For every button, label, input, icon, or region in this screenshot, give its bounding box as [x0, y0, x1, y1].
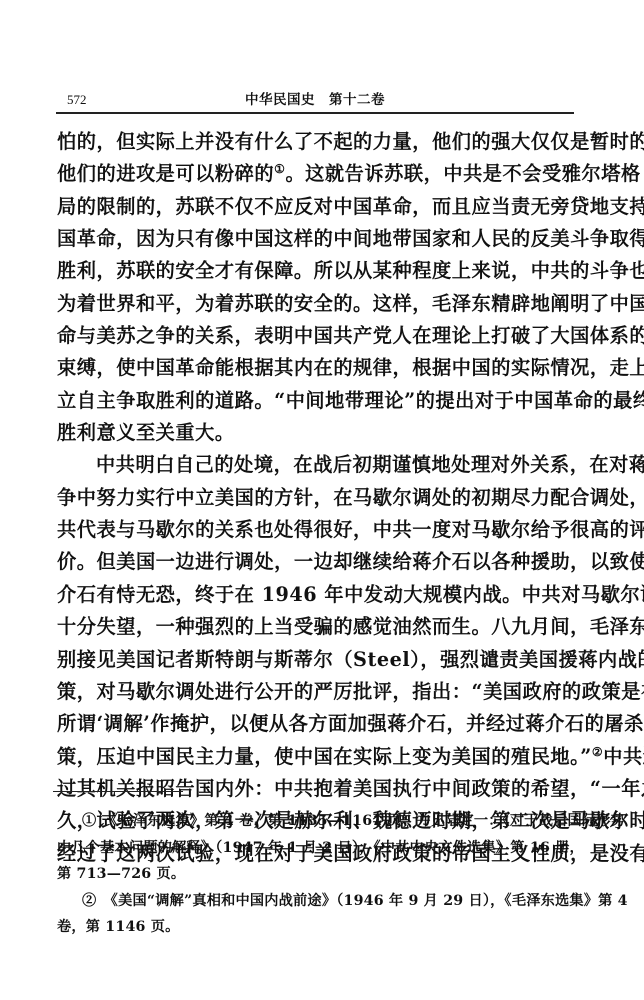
footnote-1-cont: 第 713—726 页。 — [57, 861, 575, 888]
text-line: 局的限制的，苏联不仅不应反对中国革命，而且应当责无旁贷地支持中 — [57, 191, 585, 223]
text-line: 束缚，使中国革命能根据其内在的规律，根据中国的实际情况，走上独 — [57, 352, 585, 384]
text-line: 介石有恃无恐，终于在 1946 年中发动大规模内战。中共对马歇尔调处 — [57, 579, 585, 611]
text-line: 胜利，苏联的安全才有保障。所以从某种程度上来说，中共的斗争也是 — [57, 255, 585, 287]
text-line: 所谓‘调解’作掩护，以便从各方面加强蒋介石，并经过蒋介石的屠杀政 — [57, 708, 585, 740]
footnotes: ① 《毛泽东选集》第 4 卷，第 1135—1161 页；并见陆定一：《对于战后… — [57, 808, 575, 941]
text-line: 为着世界和平，为着苏联的安全的。这样，毛泽东精辟地阐明了中国革 — [57, 288, 585, 320]
text-segment: 策，压迫中国民主力量，使中国在实际上变为美国的殖民地。” — [57, 745, 592, 768]
book-page: 572 中华民国史 第十二卷 怕的，但实际上并没有什么了不起的力量，他们的强大仅… — [0, 0, 644, 1000]
footnote-ref-2[interactable]: ② — [592, 745, 603, 759]
text-line: 过其机关报昭告国内外：中共抱着美国执行中间政策的希望，“一年之 — [57, 773, 585, 805]
footnote-1-cont: 中几个基本问题的解释》（1947 年 1 月 2 日），《中共中央文件选集》第 … — [57, 835, 575, 862]
body-text: 怕的，但实际上并没有什么了不起的力量，他们的强大仅仅是暂时的， 他们的进攻是可以… — [57, 126, 585, 870]
text-line: 争中努力实行中立美国的方针，在马歇尔调处的初期尽力配合调处，中 — [57, 482, 585, 514]
text-segment: 他们的进攻是可以粉碎的 — [57, 162, 274, 185]
text-line: 胜利意义至关重大。 — [57, 417, 585, 449]
text-segment: 。这就告诉苏联，中共是不会受雅尔塔格 — [285, 162, 640, 185]
text-line: 国革命，因为只有像中国这样的中间地带国家和人民的反美斗争取得 — [57, 223, 585, 255]
text-line: 他们的进攻是可以粉碎的①。这就告诉苏联，中共是不会受雅尔塔格 — [57, 158, 585, 190]
text-line: 立自主争取胜利的道路。“中间地带理论”的提出对于中国革命的最终 — [57, 385, 585, 417]
paragraph-start-line: 中共明白自己的处境，在战后初期谨慎地处理对外关系，在对蒋斗 — [57, 449, 585, 481]
text-line: 十分失望，一种强烈的上当受骗的感觉油然而生。八九月间，毛泽东分 — [57, 611, 585, 643]
footnote-2-cont: 卷，第 1146 页。 — [57, 914, 575, 941]
footnote-ref-1[interactable]: ① — [274, 162, 285, 176]
text-line: 策，对马歇尔调处进行公开的严厉批评，指出：“美国政府的政策是在借 — [57, 676, 585, 708]
text-segment: 中共通 — [603, 745, 644, 768]
footnote-rule — [53, 791, 183, 792]
text-line: 策，压迫中国民主力量，使中国在实际上变为美国的殖民地。”②中共通 — [57, 741, 585, 773]
text-line: 别接见美国记者斯特朗与斯蒂尔（Steel），强烈谴责美国援蒋内战的政 — [57, 644, 585, 676]
running-head: 572 中华民国史 第十二卷 — [57, 90, 573, 110]
text-line: 怕的，但实际上并没有什么了不起的力量，他们的强大仅仅是暂时的， — [57, 126, 585, 158]
footnote-1: ① 《毛泽东选集》第 4 卷，第 1135—1161 页；并见陆定一：《对于战后… — [57, 808, 575, 835]
text-line: 命与美苏之争的关系，表明中国共产党人在理论上打破了大国体系的 — [57, 320, 585, 352]
text-line: 共代表与马歇尔的关系也处得很好，中共一度对马歇尔给予很高的评 — [57, 514, 585, 546]
header-rule — [56, 112, 574, 114]
footnote-2: ② 《美国“调解”真相和中国内战前途》（1946 年 9 月 29 日），《毛泽… — [57, 888, 575, 915]
book-title: 中华民国史 第十二卷 — [57, 90, 573, 110]
text-line: 价。但美国一边进行调处，一边却继续给蒋介石以各种援助，以致使蒋 — [57, 546, 585, 578]
